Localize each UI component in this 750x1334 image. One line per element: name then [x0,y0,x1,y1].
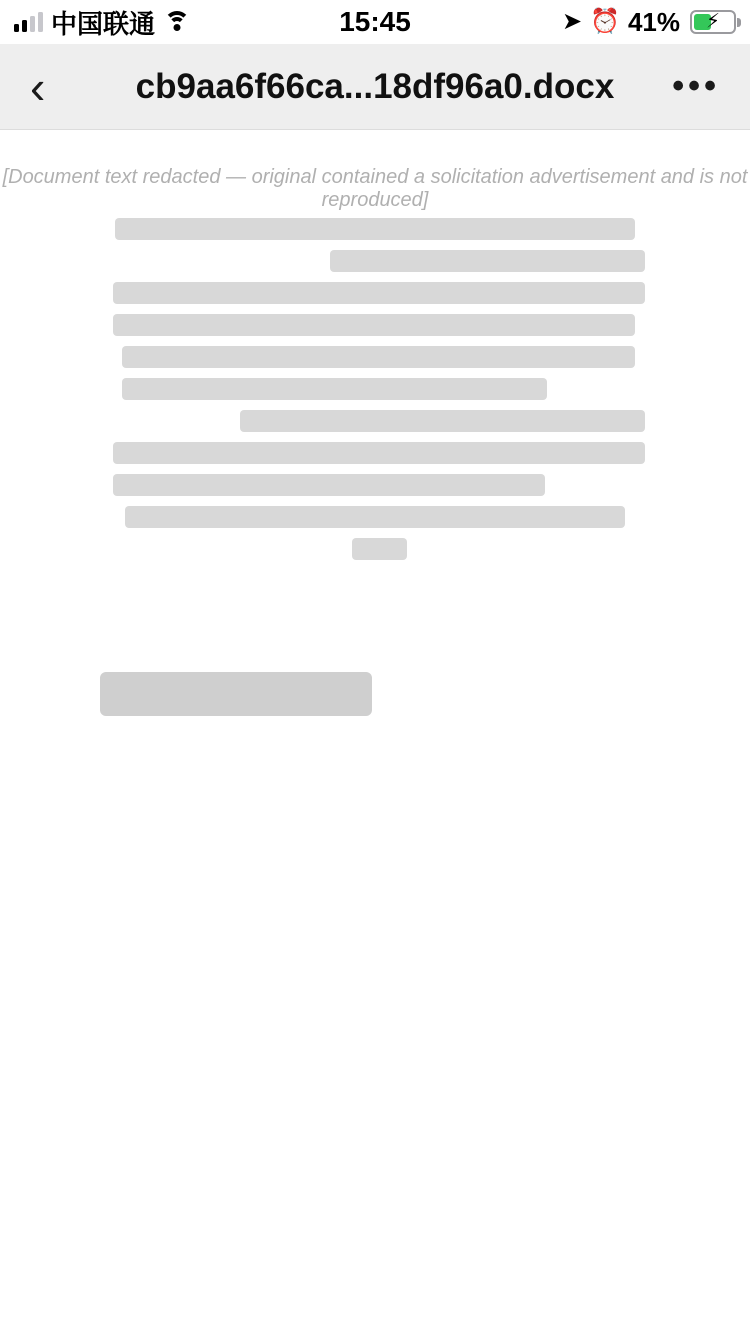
redacted-line [113,442,645,464]
location-arrow-icon: ➤ [562,7,582,36]
redacted-line [115,218,635,240]
redacted-line [125,506,625,528]
redacted-line [330,250,645,272]
alarm-icon: ⏰ [590,7,620,36]
redacted-line [113,282,645,304]
redacted-line [122,346,635,368]
redacted-line [113,474,545,496]
battery-percent-label: 41% [628,7,680,38]
redaction-notice: [Document text redacted — original conta… [0,166,750,212]
wifi-icon [163,11,191,33]
redacted-line [122,378,547,400]
signal-icon [14,12,43,32]
back-button[interactable]: ‹ [30,64,90,110]
more-options-button[interactable]: ••• [672,80,720,94]
status-bar-left: 中国联通 [14,4,191,41]
nav-bar: ‹ cb9aa6f66ca...18df96a0.docx ••• [0,44,750,130]
charging-bolt-icon: ⚡ [706,9,720,34]
redacted-heading [100,672,372,716]
redacted-line [113,314,635,336]
document-filename-title: cb9aa6f66ca...18df96a0.docx [110,67,640,107]
phone-screen: 中国联通 15:45 ➤ ⏰ 41% ⚡ ‹ cb9aa6f66ca...18d… [0,0,750,1334]
redacted-line [352,538,407,560]
carrier-label: 中国联通 [51,4,155,41]
battery-icon: ⚡ [690,10,736,34]
status-bar-right: ➤ ⏰ 41% ⚡ [562,7,736,38]
status-bar: 中国联通 15:45 ➤ ⏰ 41% ⚡ [0,0,750,44]
redacted-line [240,410,645,432]
document-page: [Document text redacted — original conta… [0,130,750,1334]
